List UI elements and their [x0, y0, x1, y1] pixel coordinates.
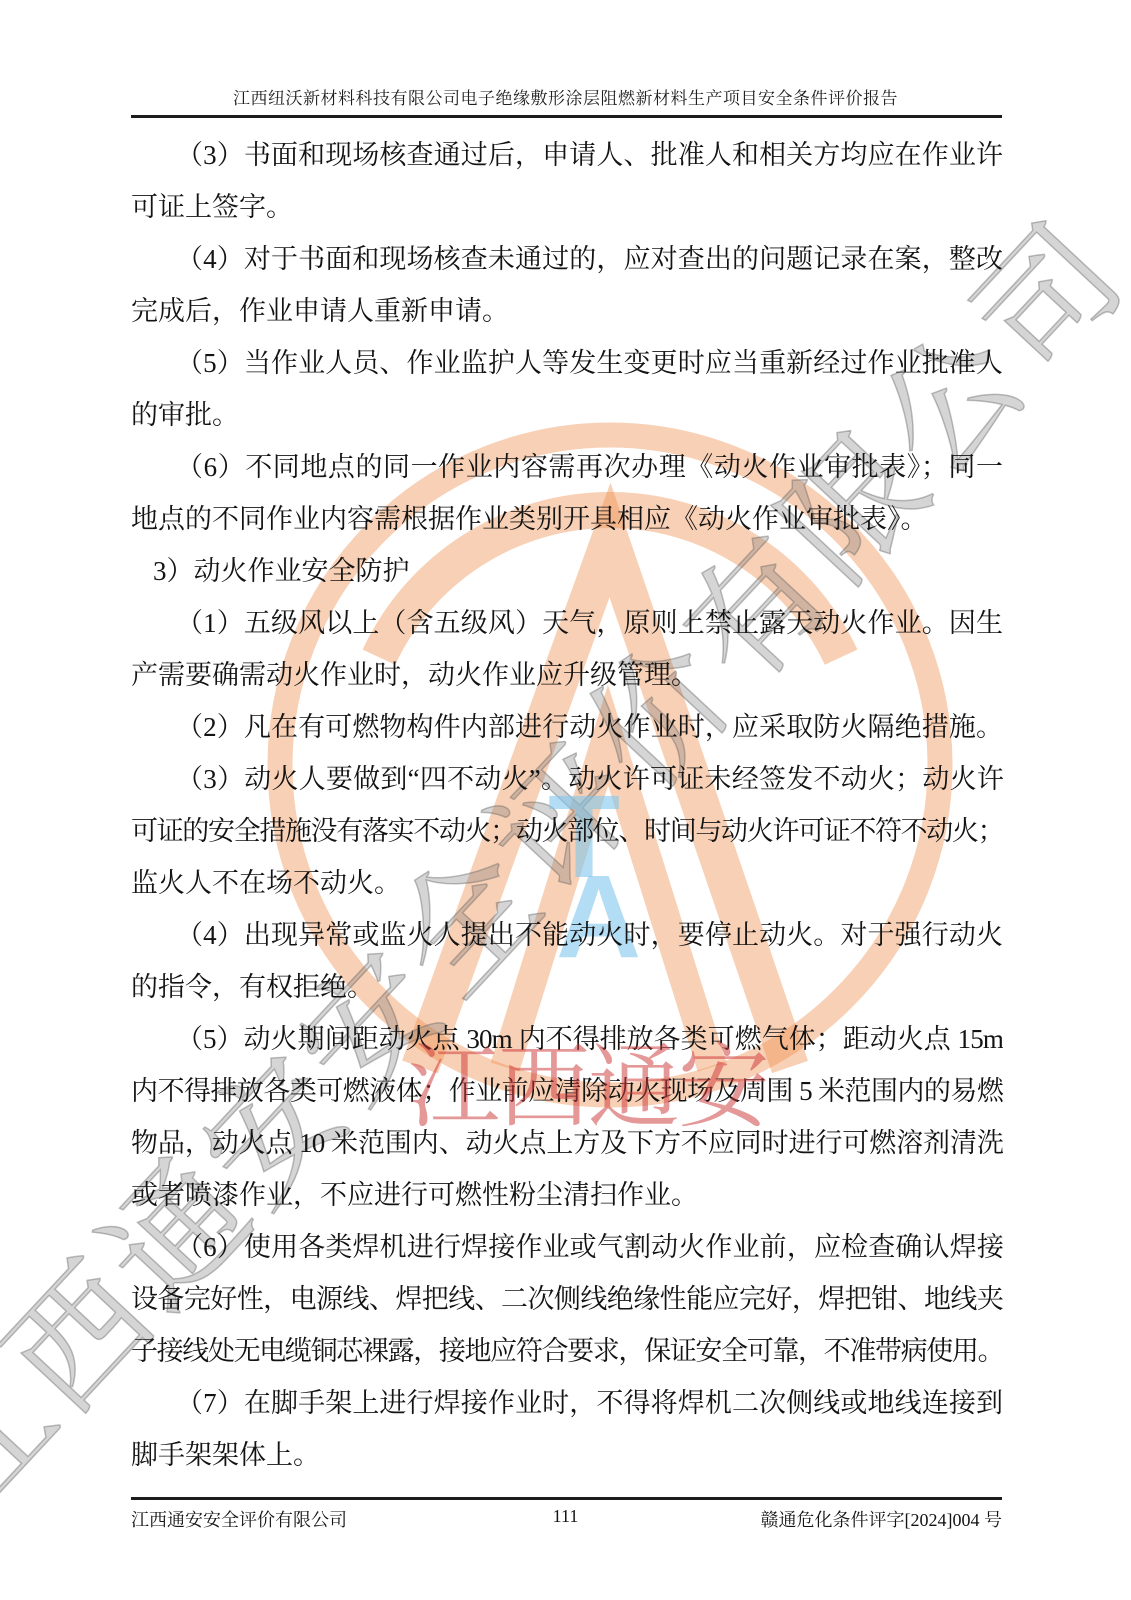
- body-line: 或者喷漆作业，不应进行可燃性粉尘清扫作业。: [131, 1169, 1003, 1221]
- body-line: 子接线处无电缆铜芯裸露，接地应符合要求，保证安全可靠，不准带病使用。: [131, 1325, 1003, 1377]
- footer-rule: [131, 1497, 1002, 1500]
- body-line: 3）动火作业安全防护: [131, 545, 1003, 597]
- body-line: 内不得排放各类可燃液体；作业前应清除动火现场及周围 5 米范围内的易燃: [131, 1065, 1003, 1117]
- document-body: （3）书面和现场核查通过后，申请人、批准人和相关方均应在作业许可证上签字。（4）…: [131, 129, 1003, 1481]
- body-line: （7）在脚手架上进行焊接作业时，不得将焊机二次侧线或地线连接到: [131, 1377, 1003, 1429]
- document-page: 江西通安安全评价有限公司 T A 江西纽沃新材料科技有限公司电子绝缘敷形涂层阻燃…: [0, 0, 1131, 1600]
- body-line: 的审批。: [131, 389, 1003, 441]
- body-line: 的指令，有权拒绝。: [131, 961, 1003, 1013]
- body-line: （2）凡在有可燃物构件内部进行动火作业时，应采取防火隔绝措施。: [131, 701, 1003, 753]
- body-line: （4）出现异常或监火人提出不能动火时，要停止动火。对于强行动火: [131, 909, 1003, 961]
- body-line: 监火人不在场不动火。: [131, 857, 1003, 909]
- body-line: 完成后，作业申请人重新申请。: [131, 285, 1003, 337]
- body-line: 脚手架架体上。: [131, 1429, 1003, 1481]
- body-line: （4）对于书面和现场核查未通过的，应对查出的问题记录在案，整改: [131, 233, 1003, 285]
- body-line: 产需要确需动火作业时，动火作业应升级管理。: [131, 649, 1003, 701]
- body-line: 可证的安全措施没有落实不动火；动火部位、时间与动火许可证不符不动火；: [131, 805, 1003, 857]
- footer-doc-number: 赣通危化条件评字[2024]004 号: [761, 1506, 1003, 1532]
- body-line: （5）当作业人员、作业监护人等发生变更时应当重新经过作业批准人: [131, 337, 1003, 389]
- body-line: （6）使用各类焊机进行焊接作业或气割动火作业前，应检查确认焊接: [131, 1221, 1003, 1273]
- body-line: （3）书面和现场核查通过后，申请人、批准人和相关方均应在作业许: [131, 129, 1003, 181]
- body-line: （5）动火期间距动火点 30m 内不得排放各类可燃气体；距动火点 15m: [131, 1013, 1003, 1065]
- body-line: （1）五级风以上（含五级风）天气，原则上禁止露天动火作业。因生: [131, 597, 1003, 649]
- body-line: 物品，动火点 10 米范围内、动火点上方及下方不应同时进行可燃溶剂清洗: [131, 1117, 1003, 1169]
- body-line: 地点的不同作业内容需根据作业类别开具相应《动火作业审批表》。: [131, 493, 1003, 545]
- body-line: （3）动火人要做到“四不动火”。动火许可证未经签发不动火；动火许: [131, 753, 1003, 805]
- header-rule: [131, 115, 1002, 118]
- body-line: （6）不同地点的同一作业内容需再次办理《动火作业审批表》；同一: [131, 441, 1003, 493]
- report-title: 江西纽沃新材料科技有限公司电子绝缘敷形涂层阻燃新材料生产项目安全条件评价报告: [0, 84, 1131, 109]
- body-line: 设备完好性，电源线、焊把线、二次侧线绝缘性能应完好，焊把钳、地线夹: [131, 1273, 1003, 1325]
- body-line: 可证上签字。: [131, 181, 1003, 233]
